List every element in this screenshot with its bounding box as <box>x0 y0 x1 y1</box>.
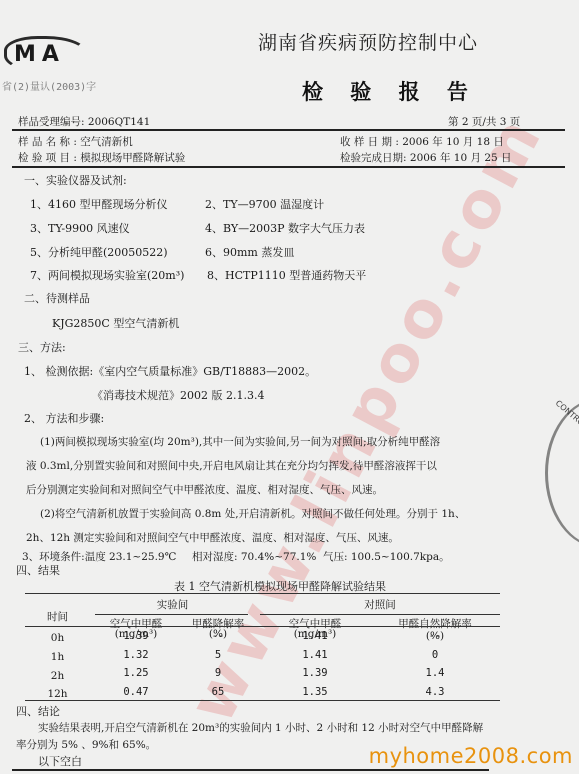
env-pressure: 气压: 100.5~100.7kpa。 <box>323 549 450 564</box>
instrument-item: 7、两间模拟现场实验室(20m³) <box>30 267 184 283</box>
sample-name-row: 样 品 名 称 : 空气清新机 <box>18 134 133 149</box>
sample-model: KJG2850C 型空气清新机 <box>52 315 179 331</box>
section-sample-heading: 二、待测样品 <box>24 290 90 306</box>
step-2-line: 2h、12h 测定实验间和对照间空气中甲醛浓度、温度、相对湿度、气压、风速。 <box>26 530 399 545</box>
table-caption: 表 1 空气清新机模拟现场甲醛降解试验结果 <box>174 578 386 594</box>
instrument-item: 6、90mm 蒸发皿 <box>205 244 294 260</box>
cell-exp-concentration: 1.25 <box>95 667 177 679</box>
header-experiment-room: 实验间 <box>95 597 250 612</box>
cell-exp-rate: 65 <box>178 686 258 698</box>
cell-ctl-rate: -- <box>370 630 500 642</box>
section-results-heading: 四、结果 <box>16 562 60 578</box>
header-rule <box>25 626 500 627</box>
header-control-room: 对照间 <box>260 597 500 612</box>
report-page: www.linpoo.com MA 省(2)量认(2003)字 湖南省疾病预防控… <box>0 0 579 774</box>
step-1-line: (1)两间模拟现场实验室(均 20m³),其中一间为实验间,另一间为对照间;取分… <box>40 434 440 449</box>
steps-heading: 2、 方法和步骤: <box>24 410 104 426</box>
report-title: 检 验 报 告 <box>302 76 478 106</box>
cell-exp-concentration: 1.32 <box>95 649 177 661</box>
section-instruments-heading: 一、实验仪器及试剂: <box>24 172 127 188</box>
divider <box>12 129 565 131</box>
conclusion-line: 实验结果表明,开启空气清新机在 20m³的实验间内 1 小时、2 小时和 12 … <box>38 720 483 735</box>
cell-ctl-concentration: 1.41 <box>265 649 365 661</box>
sample-receipt-label: 样品受理编号: <box>18 116 85 128</box>
instrument-item: 5、分析纯甲醛(20050522) <box>30 244 168 260</box>
env-temperature: 温度 23.1~25.9℃ <box>85 551 177 563</box>
cell-time: 12h <box>25 688 90 700</box>
blank-below-note: 以下空白 <box>38 753 82 769</box>
brand-watermark: myhome2008.com <box>369 744 573 768</box>
sample-name-label: 样 品 名 称 <box>18 136 70 148</box>
cell-ctl-rate: 0 <box>370 649 500 661</box>
env-humidity: 相对湿度: 70.4%~77.1% <box>192 549 316 564</box>
cell-ctl-concentration: 1.35 <box>265 686 365 698</box>
cell-exp-rate: -- <box>178 630 258 642</box>
step-2-line: (2)将空气清新机放置于实验间高 0.8m 处,开启清新机。对照间不做任何处理。… <box>40 506 465 521</box>
instrument-item: 2、TY—9700 温湿度计 <box>205 196 324 212</box>
cell-time: 0h <box>25 632 90 644</box>
bottom-divider <box>12 769 489 771</box>
test-item-row: 检 验 项 目 : 模拟现场甲醛降解试验 <box>18 150 185 165</box>
page-indicator: 第 2 页/共 3 页 <box>448 114 520 129</box>
step-1-line: 后分别测定实验间和对照间空气中甲醛浓度、温度、相对湿度、气压、风速。 <box>26 482 383 497</box>
cell-exp-rate: 5 <box>178 649 258 661</box>
completed-date-label: 检验完成日期 <box>340 152 403 164</box>
cma-logo-code: 省(2)量认(2003)字 <box>2 78 96 93</box>
cell-ctl-concentration: 1.39 <box>265 667 365 679</box>
cell-ctl-rate: 4.3 <box>370 686 500 698</box>
sample-receipt: 样品受理编号: 2006QT141 <box>18 114 150 129</box>
test-item-value: 模拟现场甲醛降解试验 <box>80 152 185 164</box>
cell-time: 2h <box>25 670 90 682</box>
received-date-row: 收 样 日 期 : 2006 年 10 月 18 日 <box>340 134 504 149</box>
header-time: 时间 <box>25 609 90 624</box>
divider <box>12 166 565 168</box>
instrument-item: 1、4160 型甲醛现场分析仪 <box>30 196 168 212</box>
instrument-item: 3、TY-9900 风速仪 <box>30 220 130 236</box>
cma-logo-mark: MA <box>14 42 65 67</box>
header-ctl-rate: 甲醛自然降解率 <box>370 616 500 631</box>
sample-name-value: 空气清新机 <box>80 136 133 148</box>
experiment-group-rule <box>95 614 248 615</box>
cell-ctl-concentration: 1.41 <box>265 630 365 642</box>
cell-ctl-rate: 1.4 <box>370 667 500 679</box>
test-basis-label: 1、 检测依据: <box>24 365 93 378</box>
table-bottom-rule <box>25 700 500 701</box>
cell-exp-concentration: 1.39 <box>95 630 177 642</box>
control-group-rule <box>260 614 500 615</box>
instrument-item: 4、BY—2003P 数字大气压力表 <box>205 220 365 236</box>
instrument-item: 8、HCTP1110 型普通药物天平 <box>207 267 366 283</box>
completed-date-row: 检验完成日期: 2006 年 10 月 25 日 <box>340 150 512 165</box>
received-date-value: 2006 年 10 月 18 日 <box>402 136 504 148</box>
cell-exp-rate: 9 <box>178 667 258 679</box>
completed-date-value: 2006 年 10 月 25 日 <box>410 152 512 164</box>
test-item-label: 检 验 项 目 <box>18 152 70 164</box>
test-basis-standard-1: 《室内空气质量标准》GB/T18883—2002。 <box>93 365 316 378</box>
received-date-label: 收 样 日 期 <box>340 136 392 148</box>
cell-time: 1h <box>25 651 90 663</box>
table-top-rule <box>25 593 500 594</box>
organization-name: 湖南省疾病预防控制中心 <box>258 28 478 55</box>
conclusion-line: 率分别为 5% 、9%和 65%。 <box>16 737 156 752</box>
sample-receipt-number: 2006QT141 <box>88 116 150 128</box>
test-basis-standard-2: 《消毒技术规范》2002 版 2.1.3.4 <box>92 387 264 403</box>
section-method-heading: 三、方法: <box>18 339 66 355</box>
test-basis-row: 1、 检测依据:《室内空气质量标准》GB/T18883—2002。 <box>24 363 316 379</box>
step-1-line: 液 0.3ml,分别置实验间和对照间中央,开启电风扇让其在充分均匀挥发,待甲醛溶… <box>26 458 437 473</box>
section-conclusion-heading: 四、结论 <box>16 703 60 719</box>
cell-exp-concentration: 0.47 <box>95 686 177 698</box>
